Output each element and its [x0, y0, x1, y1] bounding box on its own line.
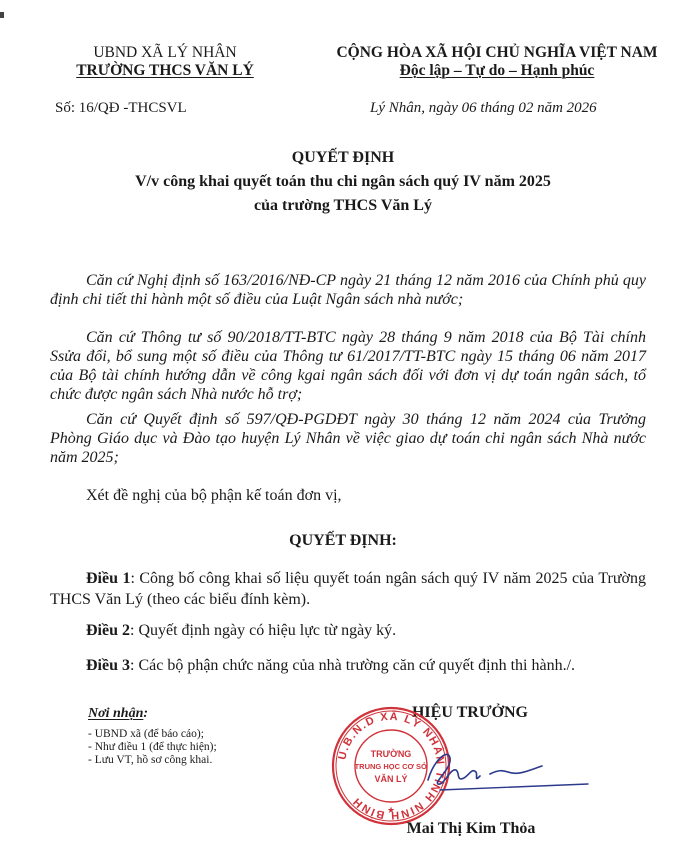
article-3-text: : Các bộ phận chức năng của nhà trường c… [130, 657, 575, 674]
subject-line-1: V/v công khai quyết toán thu chi ngân sá… [0, 170, 686, 194]
seal-line-3: VĂN LÝ [374, 773, 407, 784]
article-2: Điều 2: Quyết định ngày có hiệu lực từ n… [50, 621, 646, 640]
school-name: TRƯỜNG THCS VĂN LÝ [40, 62, 290, 80]
decision-heading: QUYẾT ĐỊNH: [0, 532, 686, 550]
scan-artifact [0, 12, 4, 18]
proposal-clause: Xét đề nghị của bộ phận kế toán đơn vị, [50, 486, 646, 505]
signer-name: Mai Thị Kim Thỏa [356, 820, 586, 838]
article-1: Điều 1: Công bố công khai số liệu quyết … [50, 568, 646, 610]
seal-line-1: TRƯỜNG [371, 748, 412, 759]
article-2-label: Điều 2 [86, 622, 130, 639]
subject-line-2: của trường THCS Văn Lý [0, 194, 686, 218]
article-3-label: Điều 3 [86, 657, 130, 674]
legal-basis-1: Căn cứ Nghị định số 163/2016/NĐ-CP ngày … [50, 271, 646, 309]
legal-basis-2: Căn cứ Thông tư số 90/2018/TT-BTC ngày 2… [50, 328, 646, 404]
recipient-item: - Lưu VT, hồ sơ công khai. [88, 754, 217, 767]
article-1-label: Điều 1 [86, 570, 130, 587]
issuer-block: UBND XÃ LÝ NHÂN TRƯỜNG THCS VĂN LÝ [40, 44, 290, 80]
article-2-text: : Quyết định ngày có hiệu lực từ ngày ký… [130, 622, 396, 639]
place-date: Lý Nhân, ngày 06 tháng 02 năm 2026 [370, 100, 597, 117]
nation-name: CỘNG HÒA XÃ HỘI CHỦ NGHĨA VIỆT NAM [312, 44, 682, 62]
authority-name: UBND XÃ LÝ NHÂN [40, 44, 290, 62]
legal-basis-3: Căn cứ Quyết định số 597/QĐ-PGDĐT ngày 3… [50, 410, 646, 467]
document-title: QUYẾT ĐỊNH V/v công khai quyết toán thu … [0, 146, 686, 218]
seal-line-2: TRUNG HỌC CƠ SỞ [355, 762, 428, 771]
title-heading: QUYẾT ĐỊNH [0, 146, 686, 170]
national-motto: Độc lập – Tự do – Hạnh phúc [312, 62, 682, 80]
article-1-text: : Công bố công khai số liệu quyết toán n… [50, 570, 646, 608]
seal-star-icon: ★ [387, 806, 395, 816]
article-3: Điều 3: Các bộ phận chức năng của nhà tr… [50, 654, 646, 678]
recipients-block: Nơi nhận: - UBND xã (để báo cáo); - Như … [88, 706, 217, 767]
recipients-label: Nơi nhận: [88, 706, 217, 722]
document-number: Số: 16/QĐ -THCSVL [55, 100, 187, 117]
recipients-list: - UBND xã (để báo cáo); - Như điều 1 (để… [88, 728, 217, 767]
national-header: CỘNG HÒA XÃ HỘI CHỦ NGHĨA VIỆT NAM Độc l… [312, 44, 682, 80]
handwritten-signature-icon [420, 740, 590, 800]
recipient-item: - Như điều 1 (để thực hiện); [88, 741, 217, 754]
recipient-item: - UBND xã (để báo cáo); [88, 728, 217, 741]
